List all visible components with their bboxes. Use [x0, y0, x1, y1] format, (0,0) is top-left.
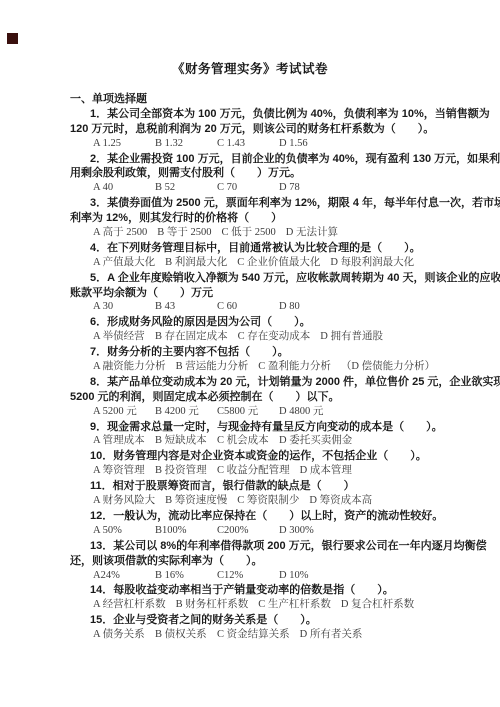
question-stem: 4．在下列财务管理目标中，目前通常被认为比较合理的是（ ）。: [70, 241, 448, 256]
option-item: C 1.43: [217, 137, 269, 152]
option-item: A 1.25: [93, 137, 145, 152]
option-item: C12%: [217, 569, 269, 584]
section-heading: 一、单项选择题: [70, 92, 448, 107]
option-item: B 52: [155, 181, 207, 196]
option-item: D 拥有普通股: [320, 330, 383, 345]
question-item: 12．一般认为，流动比率应保持在（ ）以上时，资产的流动性较好。 A 50%B1…: [70, 509, 448, 539]
question-item: 2．某企业需投资 100 万元，目前企业的负债率为 40%，现有盈利 130 万…: [70, 152, 448, 197]
question-options: A 50%B100%C200%D 300%: [70, 524, 448, 539]
option-item: D 10%: [279, 569, 331, 584]
option-item: B 利润最大化: [165, 256, 227, 271]
option-item: D 所有者关系: [300, 628, 363, 643]
question-stem-line: 账款平均余额为（ ）万元: [70, 286, 448, 301]
question-stem-line: 5．A 企业年度赊销收入净额为 540 万元，应收帐款周转期为 40 天，则该企…: [70, 271, 448, 286]
option-item: D 4800 元: [279, 405, 331, 420]
question-stem-line: 14．每股收益变动率相当于产销量变动率的倍数是指（ ）。: [70, 583, 448, 598]
question-stem: 10．财务管理内容是对企业资本或资金的运作，不包括企业（ ）。: [70, 449, 448, 464]
option-item: B 营运能力分析: [176, 360, 249, 375]
question-item: 3．某债券面值为 2500 元，票面年利率为 12%，期限 4 年，每半年付息一…: [70, 196, 448, 241]
option-item: B 存在固定成本: [155, 330, 228, 345]
option-item: C 企业价值最大化: [237, 256, 320, 271]
option-item: C 收益分配管理: [217, 464, 290, 479]
question-item: 15．企业与受资者之间的财务关系是（ ）。 A 债务关系B 债权关系C 资金结算…: [70, 613, 448, 643]
option-item: A24%: [93, 569, 145, 584]
question-stem: 12．一般认为，流动比率应保持在（ ）以上时，资产的流动性较好。: [70, 509, 448, 524]
option-item: D 300%: [279, 524, 331, 539]
option-item: C 60: [217, 300, 269, 315]
option-item: A 40: [93, 181, 145, 196]
option-item: A 管理成本: [93, 434, 145, 449]
option-item: A 50%: [93, 524, 145, 539]
option-item: B 短缺成本: [155, 434, 207, 449]
option-item: B 债权关系: [155, 628, 207, 643]
option-item: C 筹资限制少: [237, 494, 299, 509]
document-body: 一、单项选择题 1．某公司全部资本为 100 万元，负债比例为 40%，负债利率…: [70, 92, 448, 643]
question-item: 4．在下列财务管理目标中，目前通常被认为比较合理的是（ ）。 A 产值最大化B …: [70, 241, 448, 271]
option-item: A 30: [93, 300, 145, 315]
question-stem-line: 4．在下列财务管理目标中，目前通常被认为比较合理的是（ ）。: [70, 241, 448, 256]
question-stem-line: 6．形成财务风险的原因是因为公司（ ）。: [70, 315, 448, 330]
question-stem-line: 15．企业与受资者之间的财务关系是（ ）。: [70, 613, 448, 628]
question-options: A 融资能力分析B 营运能力分析C 盈利能力分析（D 偿债能力分析）: [70, 360, 448, 375]
question-stem: 8．某产品单位变动成本为 20 元，计划销量为 2000 件，单位售价 25 元…: [70, 375, 448, 405]
question-stem-line: 8．某产品单位变动成本为 20 元，计划销量为 2000 件，单位售价 25 元…: [70, 375, 448, 390]
exam-paper-page: 《财务管理实务》考试试卷 一、单项选择题 1．某公司全部资本为 100 万元，负…: [0, 0, 500, 707]
option-item: C 盈利能力分析: [258, 360, 331, 375]
question-stem-line: 7．财务分析的主要内容不包括（ ）。: [70, 345, 448, 360]
question-stem: 13．某公司以 8%的年利率借得款项 200 万元，银行要求公司在一年内逐月均衡…: [70, 539, 448, 569]
option-item: D 成本管理: [300, 464, 352, 479]
option-item: B 1.32: [155, 137, 207, 152]
question-options: A 产值最大化B 利润最大化C 企业价值最大化D 每股利润最大化: [70, 256, 448, 271]
question-stem: 2．某企业需投资 100 万元，目前企业的负债率为 40%，现有盈利 130 万…: [70, 152, 448, 182]
option-item: C 生产杠杆系数: [258, 598, 331, 613]
question-options: A 筹资管理B 投资管理C 收益分配管理D 成本管理: [70, 464, 448, 479]
question-options: A 40B 52C 70D 78: [70, 181, 448, 196]
question-stem: 11．相对于股票筹资而言，银行借款的缺点是（ ）: [70, 479, 448, 494]
option-item: B 投资管理: [155, 464, 207, 479]
option-item: D 委托买卖佣金: [279, 434, 352, 449]
option-item: D 复合杠杆系数: [341, 598, 414, 613]
option-item: D 1.56: [279, 137, 331, 152]
option-item: D 每股利润最大化: [330, 256, 414, 271]
question-item: 10．财务管理内容是对企业资本或资金的运作，不包括企业（ ）。 A 筹资管理B …: [70, 449, 448, 479]
question-stem-line: 用剩余股利政策，则需支付股利（ ）万元。: [70, 166, 448, 181]
question-options: A 财务风险大B 筹资速度慢C 筹资限制少D 筹资成本高: [70, 494, 448, 509]
option-item: B100%: [155, 524, 207, 539]
option-item: A 经营杠杆系数: [93, 598, 166, 613]
question-options: A 举债经营B 存在固定成本C 存在变动成本D 拥有普通股: [70, 330, 448, 345]
question-stem-line: 120 万元时，息税前利润为 20 万元，则该公司的财务杠杆系数为（ ）。: [70, 122, 448, 137]
question-options: A24%B 16%C12%D 10%: [70, 569, 448, 584]
option-item: C 存在变动成本: [238, 330, 311, 345]
question-stem: 6．形成财务风险的原因是因为公司（ ）。: [70, 315, 448, 330]
option-item: C 低于 2500: [222, 226, 276, 241]
question-stem: 1．某公司全部资本为 100 万元，负债比例为 40%，负债利率为 10%，当销…: [70, 107, 448, 137]
question-options: A 5200 元B 4200 元C5800 元D 4800 元: [70, 405, 448, 420]
option-item: B 43: [155, 300, 207, 315]
question-stem-line: 13．某公司以 8%的年利率借得款项 200 万元，银行要求公司在一年内逐月均衡…: [70, 539, 448, 554]
option-item: B 筹资速度慢: [165, 494, 227, 509]
question-stem-line: 还，则该项借款的实际利率为（ ）。: [70, 554, 448, 569]
option-item: （D 偿债能力分析）: [341, 360, 435, 375]
question-stem-line: 10．财务管理内容是对企业资本或资金的运作，不包括企业（ ）。: [70, 449, 448, 464]
question-item: 14．每股收益变动率相当于产销量变动率的倍数是指（ ）。 A 经营杠杆系数B 财…: [70, 583, 448, 613]
question-stem: 14．每股收益变动率相当于产销量变动率的倍数是指（ ）。: [70, 583, 448, 598]
question-item: 7．财务分析的主要内容不包括（ ）。 A 融资能力分析B 营运能力分析C 盈利能…: [70, 345, 448, 375]
question-list: 1．某公司全部资本为 100 万元，负债比例为 40%，负债利率为 10%，当销…: [70, 107, 448, 643]
question-stem-line: 1．某公司全部资本为 100 万元，负债比例为 40%，负债利率为 10%，当销…: [70, 107, 448, 122]
option-item: A 债务关系: [93, 628, 145, 643]
option-item: A 举债经营: [93, 330, 145, 345]
corner-scan-mark: [7, 33, 18, 44]
option-item: D 筹资成本高: [309, 494, 372, 509]
question-stem-line: 5200 元的利润，则固定成本必须控制在（ ）以下。: [70, 390, 448, 405]
question-item: 5．A 企业年度赊销收入净额为 540 万元，应收帐款周转期为 40 天，则该企…: [70, 271, 448, 316]
question-stem-line: 12．一般认为，流动比率应保持在（ ）以上时，资产的流动性较好。: [70, 509, 448, 524]
option-item: A 财务风险大: [93, 494, 155, 509]
option-item: A 产值最大化: [93, 256, 155, 271]
question-stem: 15．企业与受资者之间的财务关系是（ ）。: [70, 613, 448, 628]
question-options: A 30B 43C 60D 80: [70, 300, 448, 315]
question-item: 6．形成财务风险的原因是因为公司（ ）。 A 举债经营B 存在固定成本C 存在变…: [70, 315, 448, 345]
option-item: B 4200 元: [155, 405, 207, 420]
question-item: 11．相对于股票筹资而言，银行借款的缺点是（ ） A 财务风险大B 筹资速度慢C…: [70, 479, 448, 509]
option-item: B 财务杠杆系数: [176, 598, 249, 613]
option-item: D 78: [279, 181, 331, 196]
question-stem-line: 3．某债券面值为 2500 元，票面年利率为 12%，期限 4 年，每半年付息一…: [70, 196, 448, 211]
question-stem: 5．A 企业年度赊销收入净额为 540 万元，应收帐款周转期为 40 天，则该企…: [70, 271, 448, 301]
question-stem: 7．财务分析的主要内容不包括（ ）。: [70, 345, 448, 360]
question-item: 8．某产品单位变动成本为 20 元，计划销量为 2000 件，单位售价 25 元…: [70, 375, 448, 420]
option-item: D 无法计算: [286, 226, 338, 241]
question-options: A 高于 2500B 等于 2500C 低于 2500D 无法计算: [70, 226, 448, 241]
question-stem-line: 11．相对于股票筹资而言，银行借款的缺点是（ ）: [70, 479, 448, 494]
question-stem-line: 9．现金需求总量一定时，与现金持有量呈反方向变动的成本是（ ）。: [70, 420, 448, 435]
option-item: A 5200 元: [93, 405, 145, 420]
option-item: A 筹资管理: [93, 464, 145, 479]
option-item: A 融资能力分析: [93, 360, 166, 375]
question-stem: 3．某债券面值为 2500 元，票面年利率为 12%，期限 4 年，每半年付息一…: [70, 196, 448, 226]
question-stem-line: 利率为 12%，则其发行时的价格将（ ）: [70, 211, 448, 226]
option-item: C200%: [217, 524, 269, 539]
question-options: A 管理成本B 短缺成本C 机会成本D 委托买卖佣金: [70, 434, 448, 449]
option-item: C5800 元: [217, 405, 269, 420]
question-options: A 债务关系B 债权关系C 资金结算关系D 所有者关系: [70, 628, 448, 643]
question-item: 9．现金需求总量一定时，与现金持有量呈反方向变动的成本是（ ）。 A 管理成本B…: [70, 420, 448, 450]
question-item: 1．某公司全部资本为 100 万元，负债比例为 40%，负债利率为 10%，当销…: [70, 107, 448, 152]
option-item: A 高于 2500: [93, 226, 147, 241]
option-item: C 70: [217, 181, 269, 196]
question-stem-line: 2．某企业需投资 100 万元，目前企业的负债率为 40%，现有盈利 130 万…: [70, 152, 448, 167]
option-item: C 机会成本: [217, 434, 269, 449]
option-item: C 资金结算关系: [217, 628, 290, 643]
question-item: 13．某公司以 8%的年利率借得款项 200 万元，银行要求公司在一年内逐月均衡…: [70, 539, 448, 584]
option-item: B 等于 2500: [157, 226, 211, 241]
question-options: A 1.25B 1.32C 1.43D 1.56: [70, 137, 448, 152]
question-stem: 9．现金需求总量一定时，与现金持有量呈反方向变动的成本是（ ）。: [70, 420, 448, 435]
option-item: D 80: [279, 300, 331, 315]
page-title: 《财务管理实务》考试试卷: [0, 0, 500, 77]
option-item: B 16%: [155, 569, 207, 584]
question-options: A 经营杠杆系数B 财务杠杆系数C 生产杠杆系数D 复合杠杆系数: [70, 598, 448, 613]
